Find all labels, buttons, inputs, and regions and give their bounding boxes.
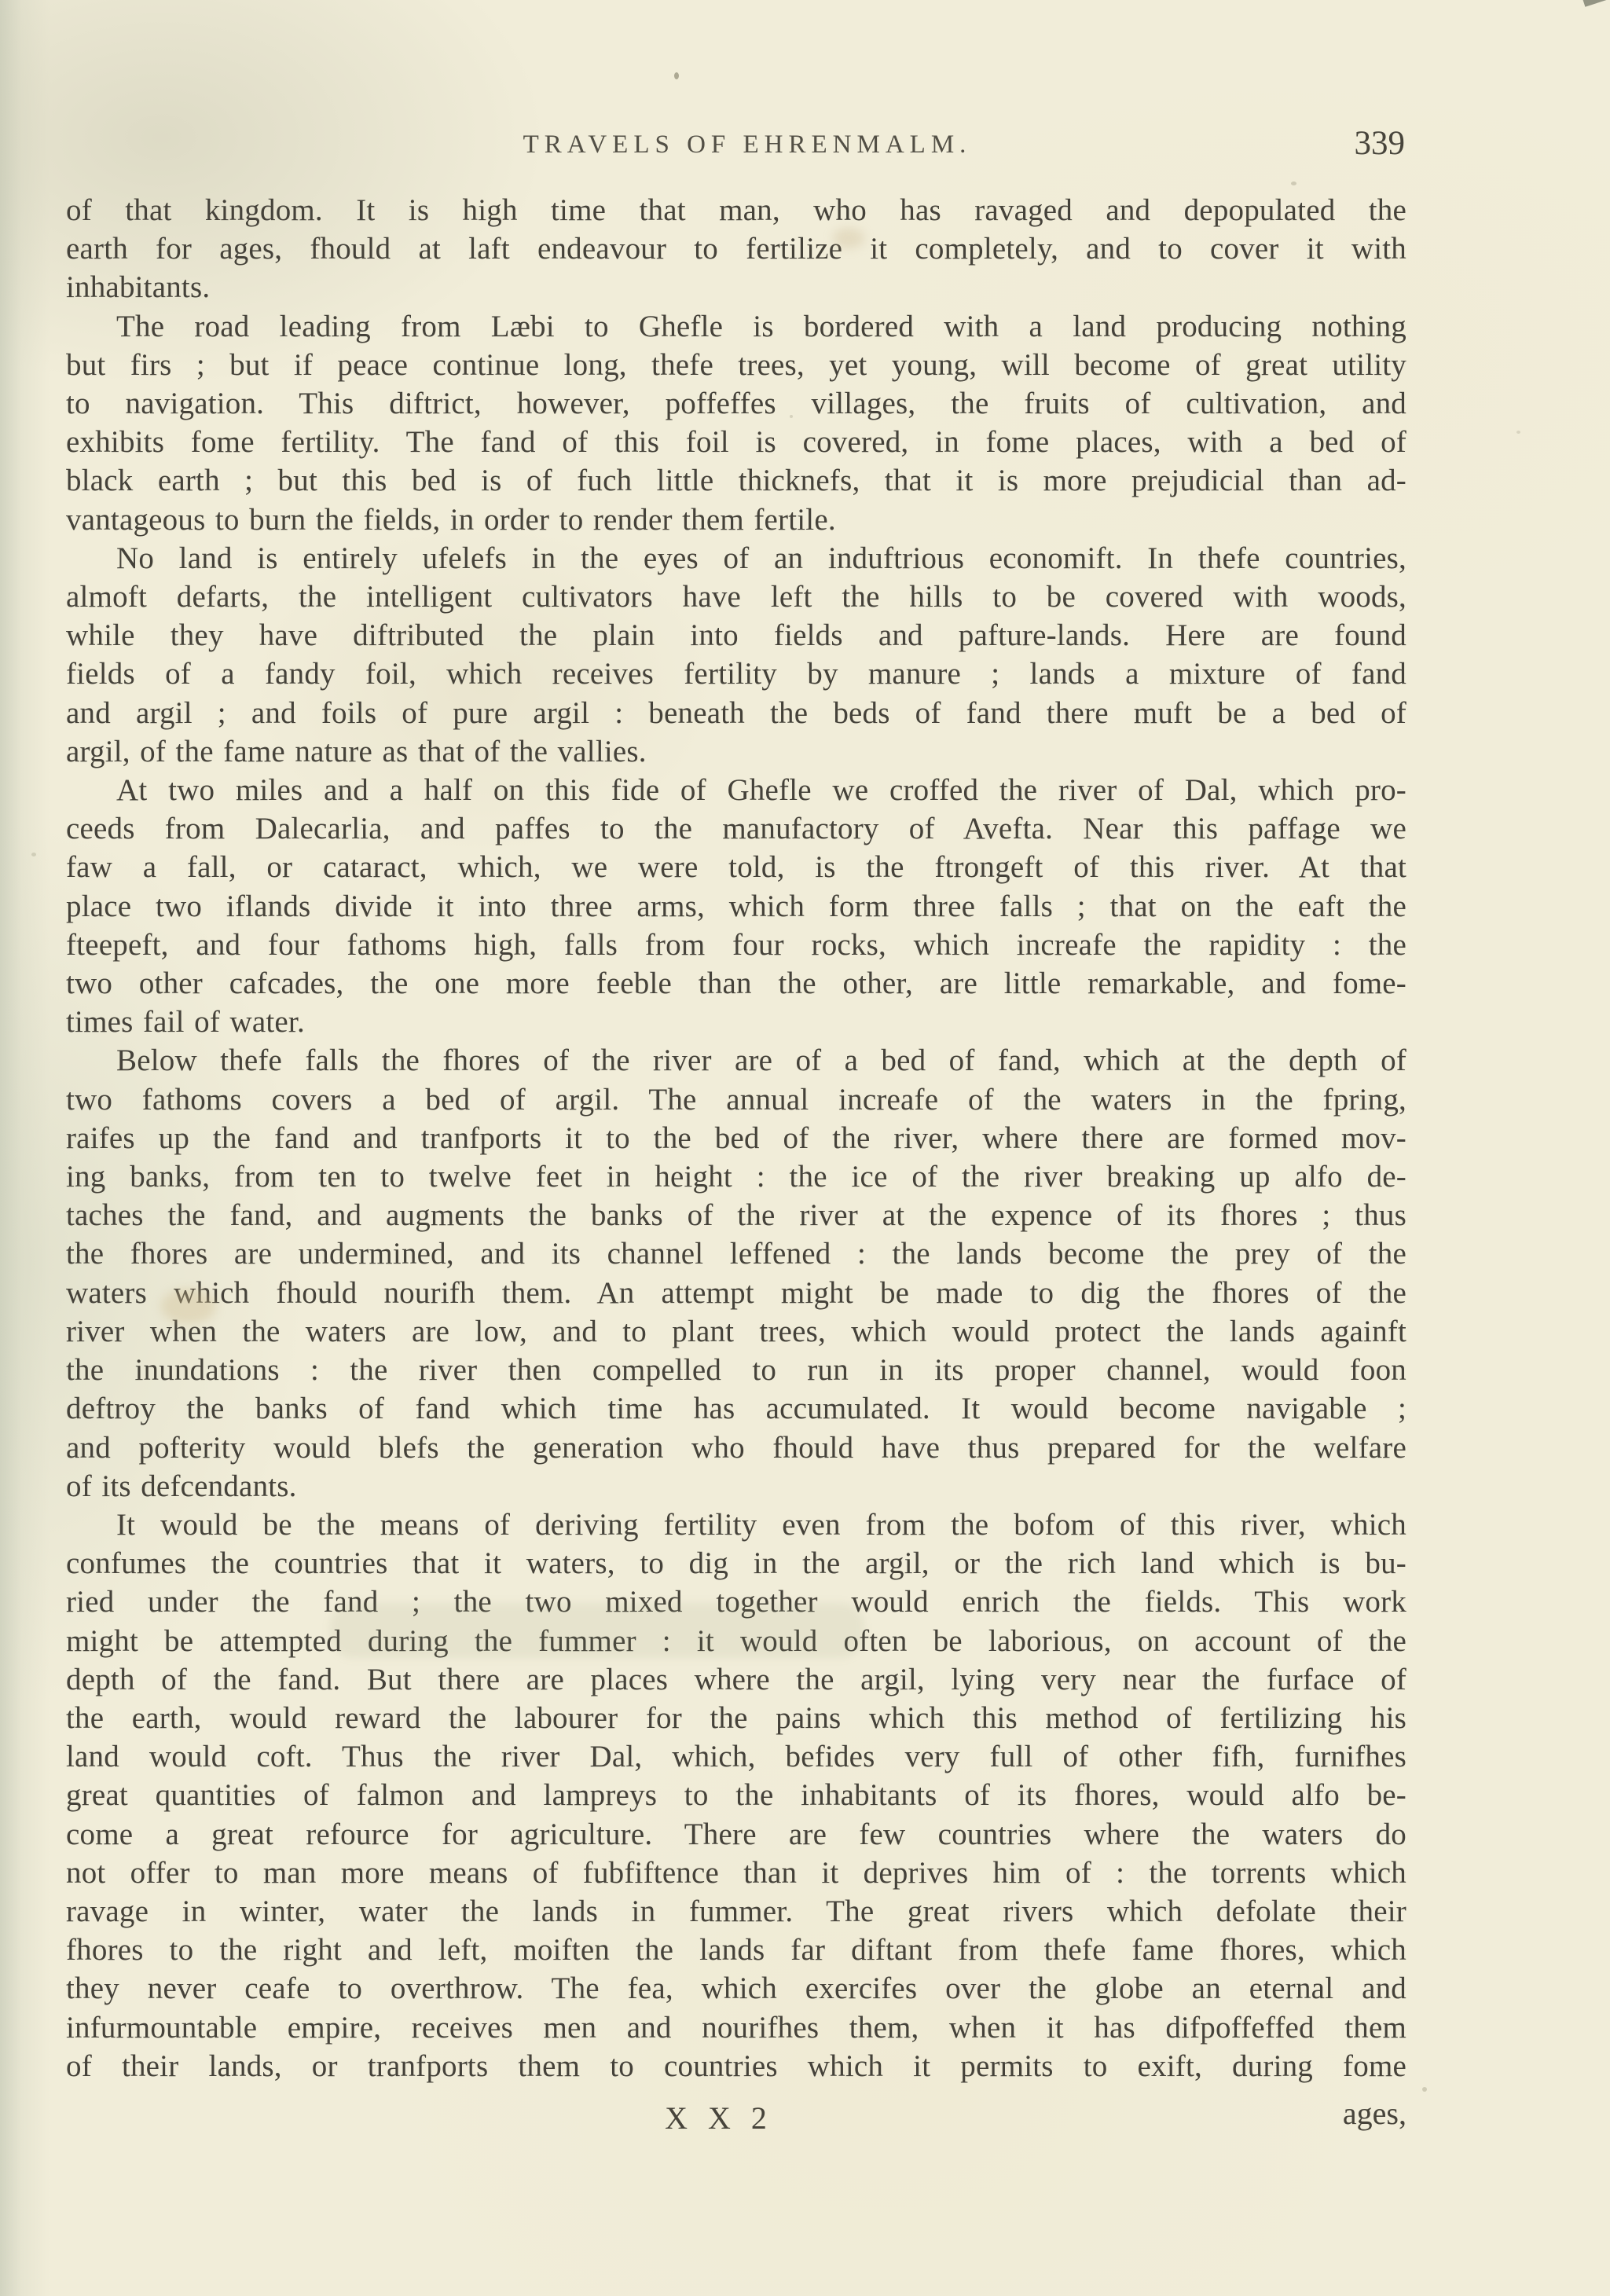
text-line: the fhores are undermined, and its chann… xyxy=(66,1234,1406,1273)
page-footer: X X 2 ages, xyxy=(66,2100,1406,2155)
text-line: vantageous to burn the fields, in order … xyxy=(66,501,1406,539)
book-page-scan: TRAVELS OF EHRENMALM. 339 of that kingdo… xyxy=(0,0,1610,2296)
text-line: raifes up the fand and tranfports it to … xyxy=(66,1119,1406,1157)
text-line: exhibits fome fertility. The fand of thi… xyxy=(66,423,1406,461)
paper-speck xyxy=(1291,182,1296,185)
text-line: infurmountable empire, receives men and … xyxy=(66,2008,1406,2047)
scan-edge-artifact xyxy=(1582,0,1610,7)
paragraph: Below thefe falls the fhores of the rive… xyxy=(66,1041,1406,1505)
signature-mark: X X 2 xyxy=(49,2100,1389,2136)
ink-bleedthrough xyxy=(330,1603,864,1658)
paragraph: of that kingdom. It is high time that ma… xyxy=(66,191,1406,307)
text-line: to navigation. This diftrict, however, p… xyxy=(66,384,1406,423)
text-line: of that kingdom. It is high time that ma… xyxy=(66,191,1406,229)
text-line: the inundations : the river then compell… xyxy=(66,1351,1406,1389)
running-header-title: TRAVELS OF EHRENMALM. xyxy=(77,124,1417,160)
paper-speck xyxy=(1422,2087,1427,2092)
text-line: depth of the fand. But there are places … xyxy=(66,1660,1406,1699)
paragraph: No land is entirely ufelefs in the eyes … xyxy=(66,539,1406,771)
text-line: not offer to man more means of fubfiften… xyxy=(66,1854,1406,1892)
text-line: the earth, would reward the labourer for… xyxy=(66,1699,1406,1737)
text-line: and argil ; and foils of pure argil : be… xyxy=(66,694,1406,732)
paper-speck xyxy=(790,415,793,418)
text-line: river when the waters are low, and to pl… xyxy=(66,1312,1406,1351)
text-line: land would coft. Thus the river Dal, whi… xyxy=(66,1737,1406,1776)
text-line: inhabitants. xyxy=(66,268,1406,306)
text-line: taches the fand, and augments the banks … xyxy=(66,1196,1406,1234)
text-line: times fail of water. xyxy=(66,1003,1406,1041)
paragraph: At two miles and a half on this fide of … xyxy=(66,771,1406,1041)
text-line: fteepeft, and four fathoms high, falls f… xyxy=(66,926,1406,964)
text-line: but firs ; but if peace continue long, t… xyxy=(66,346,1406,384)
paper-speck xyxy=(31,853,36,856)
text-line: confumes the countries that it waters, t… xyxy=(66,1544,1406,1583)
page-text: of that kingdom. It is high time that ma… xyxy=(66,191,1406,2085)
text-line: ceeds from Dalecarlia, and paffes to the… xyxy=(66,809,1406,848)
text-line: Below thefe falls the fhores of the rive… xyxy=(66,1041,1406,1080)
paragraph: It would be the means of deriving fertil… xyxy=(66,1506,1406,2085)
text-line: two other cafcades, the one more feeble … xyxy=(66,964,1406,1003)
page-number: 339 xyxy=(1355,124,1406,163)
text-line: while they have diftributed the plain in… xyxy=(66,616,1406,655)
text-line: waters which fhould nourifh them. An att… xyxy=(66,1274,1406,1312)
text-line: argil, of the fame nature as that of the… xyxy=(66,732,1406,771)
text-line: fields of a fandy foil, which receives f… xyxy=(66,655,1406,693)
text-line: great quantities of falmon and lampreys … xyxy=(66,1776,1406,1814)
paper-speck xyxy=(1516,431,1520,434)
text-line: No land is entirely ufelefs in the eyes … xyxy=(66,539,1406,578)
paper-speck xyxy=(707,1952,710,1955)
paragraph: The road leading from Læbi to Ghefle is … xyxy=(66,307,1406,539)
paper-stain xyxy=(161,1289,216,1324)
paper-speck xyxy=(674,72,679,79)
text-line: The road leading from Læbi to Ghefle is … xyxy=(66,307,1406,346)
text-line: black earth ; but this bed is of fuch li… xyxy=(66,461,1406,500)
paper-stain xyxy=(833,228,864,248)
page-header: TRAVELS OF EHRENMALM. 339 xyxy=(66,124,1406,171)
text-line: deftroy the banks of fand which time has… xyxy=(66,1389,1406,1428)
text-line: It would be the means of deriving fertil… xyxy=(66,1506,1406,1544)
text-line: place two iflands divide it into three a… xyxy=(66,887,1406,926)
text-line: of their lands, or tranfports them to co… xyxy=(66,2047,1406,2085)
text-line: come a great refource for agriculture. T… xyxy=(66,1815,1406,1854)
text-line: almoft defarts, the intelligent cultivat… xyxy=(66,578,1406,616)
text-line: ravage in winter, water the lands in fum… xyxy=(66,1892,1406,1931)
text-line: earth for ages, fhould at laft endeavour… xyxy=(66,229,1406,268)
text-line: two fathoms covers a bed of argil. The a… xyxy=(66,1080,1406,1119)
text-line: At two miles and a half on this fide of … xyxy=(66,771,1406,809)
text-line: of its defcendants. xyxy=(66,1467,1406,1506)
catchword: ages, xyxy=(1343,2095,1406,2132)
text-line: fhores to the right and left, moiften th… xyxy=(66,1931,1406,1969)
text-line: ing banks, from ten to twelve feet in he… xyxy=(66,1157,1406,1196)
text-line: faw a fall, or cataract, which, we were … xyxy=(66,848,1406,886)
text-line: and pofterity would blefs the generation… xyxy=(66,1429,1406,1467)
text-line: they never ceafe to overthrow. The fea, … xyxy=(66,1969,1406,2008)
